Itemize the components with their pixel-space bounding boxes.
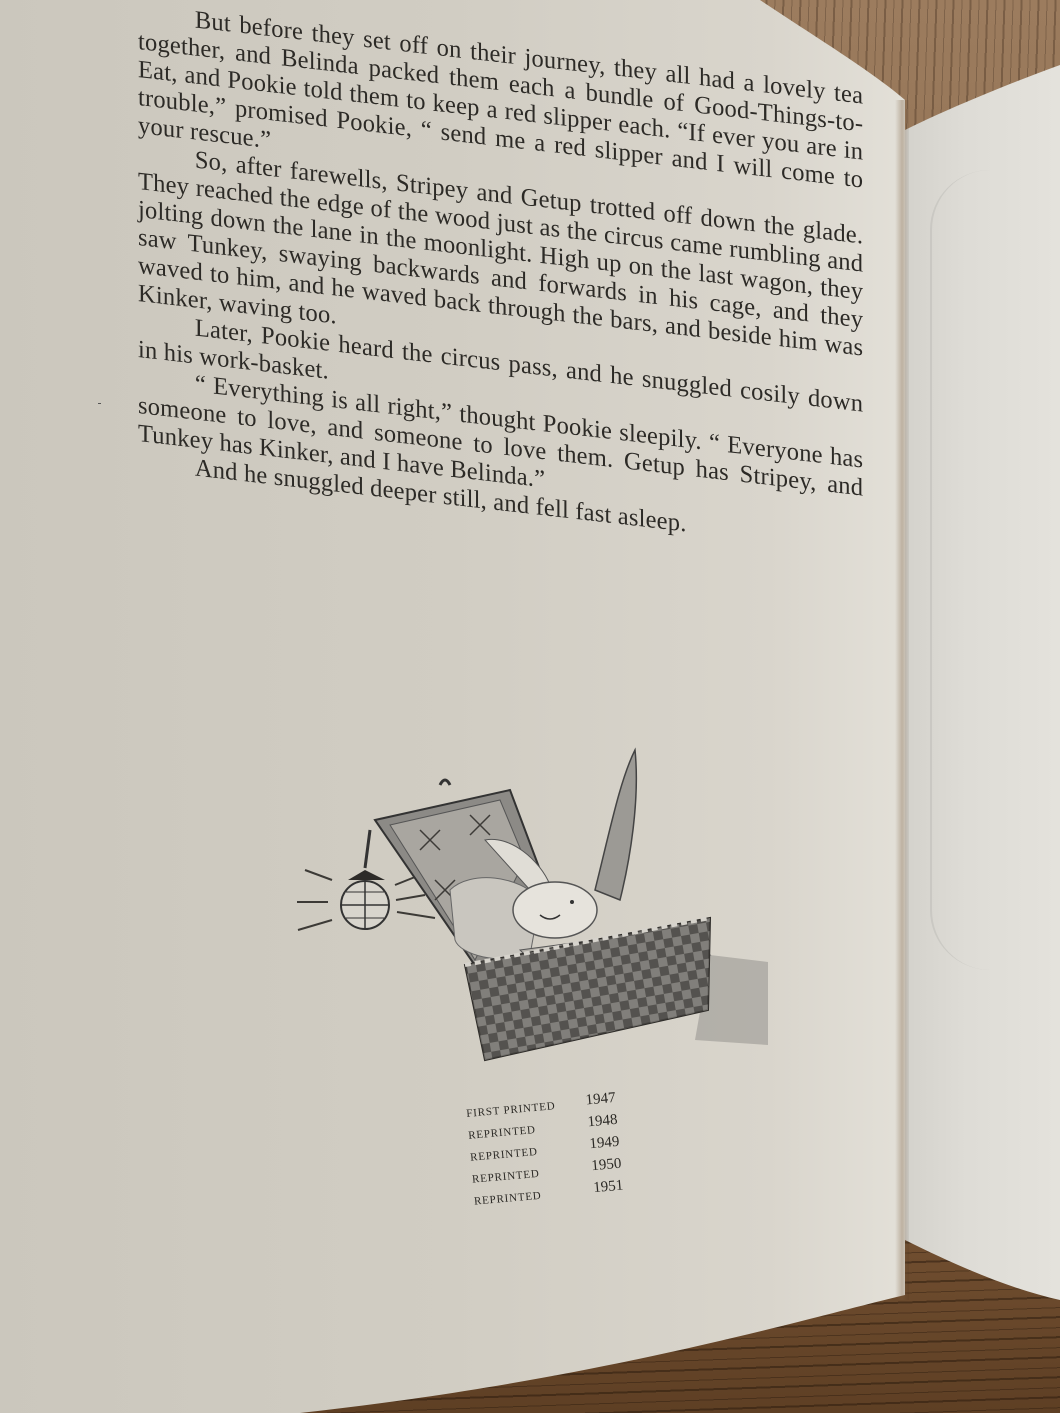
printing-history: FIRST PRINTED 1947 REPRINTED 1948 REPRIN…	[465, 1085, 624, 1208]
paper-speck	[98, 403, 101, 404]
imprint-year: 1948	[587, 1112, 618, 1132]
lantern-icon	[341, 830, 389, 929]
imprint-year: 1947	[585, 1090, 616, 1110]
imprint-year: 1950	[591, 1156, 622, 1176]
basket-illustration	[290, 740, 770, 1070]
story-text: But before they set off on their journey…	[138, 0, 863, 559]
imprint-year: 1951	[593, 1178, 624, 1198]
right-page-show-through	[930, 170, 1052, 970]
imprint-year: 1949	[589, 1134, 620, 1154]
book-gutter	[895, 100, 909, 1300]
